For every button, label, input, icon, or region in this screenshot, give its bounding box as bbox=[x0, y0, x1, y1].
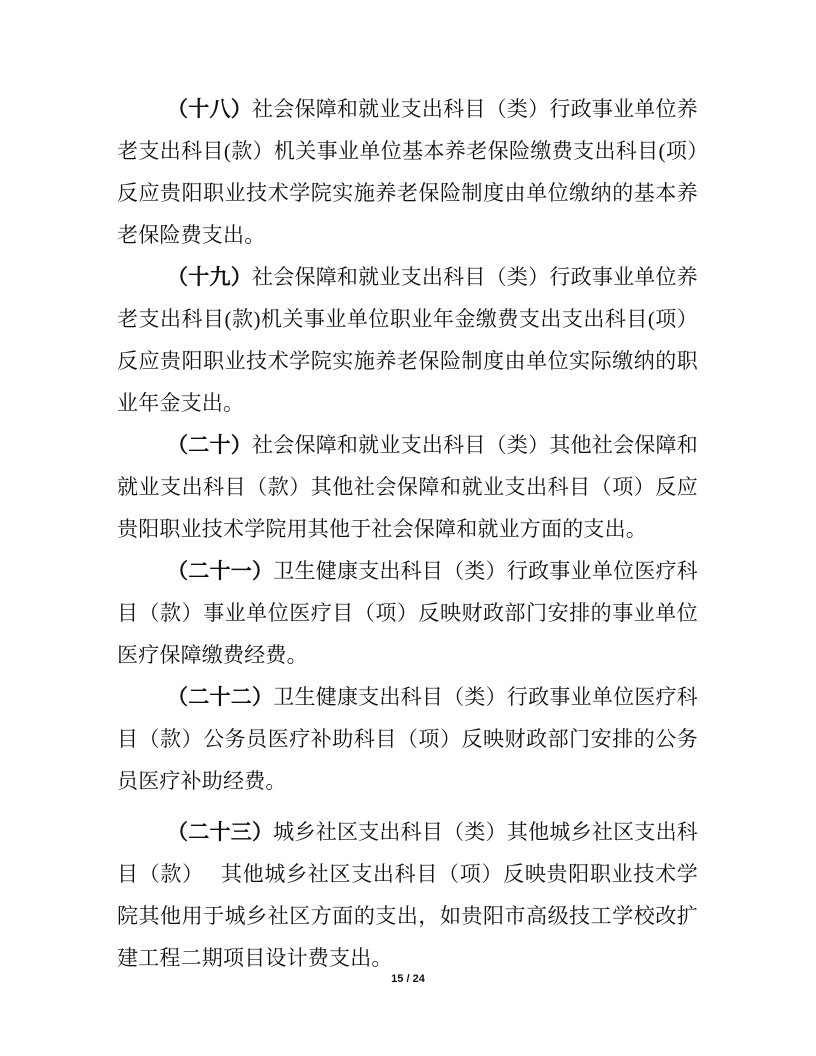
paragraph-22: （二十二）卫生健康支出科目（类）行政事业单位医疗科目（款）公务员医疗补助科目（项… bbox=[117, 676, 698, 802]
paragraph-18: （十八）社会保障和就业支出科目（类）行政事业单位养老支出科目(款）机关事业单位基… bbox=[117, 88, 698, 256]
document-body: （十八）社会保障和就业支出科目（类）行政事业单位养老支出科目(款）机关事业单位基… bbox=[117, 88, 698, 979]
document-page: （十八）社会保障和就业支出科目（类）行政事业单位养老支出科目(款）机关事业单位基… bbox=[0, 0, 816, 1056]
paragraph-23: （二十三）城乡社区支出科目（类）其他城乡社区支出科目（款） 其他城乡社区支出科目… bbox=[117, 811, 698, 979]
paragraph-number: （十九） bbox=[167, 265, 252, 289]
paragraph-number: （二十二） bbox=[167, 685, 273, 709]
paragraph-19: （十九）社会保障和就业支出科目（类）行政事业单位养老支出科目(款)机关事业单位职… bbox=[117, 256, 698, 424]
paragraph-number: （十八） bbox=[167, 97, 252, 121]
paragraph-number: （二十三） bbox=[167, 820, 273, 844]
page-number-indicator: 15 / 24 bbox=[0, 973, 816, 985]
paragraph-21: （二十一）卫生健康支出科目（类）行政事业单位医疗科目（款）事业单位医疗目（项）反… bbox=[117, 550, 698, 676]
paragraph-number: （二十） bbox=[167, 433, 252, 457]
paragraph-20: （二十）社会保障和就业支出科目（类）其他社会保障和就业支出科目（款）其他社会保障… bbox=[117, 424, 698, 550]
paragraph-number: （二十一） bbox=[167, 559, 273, 583]
